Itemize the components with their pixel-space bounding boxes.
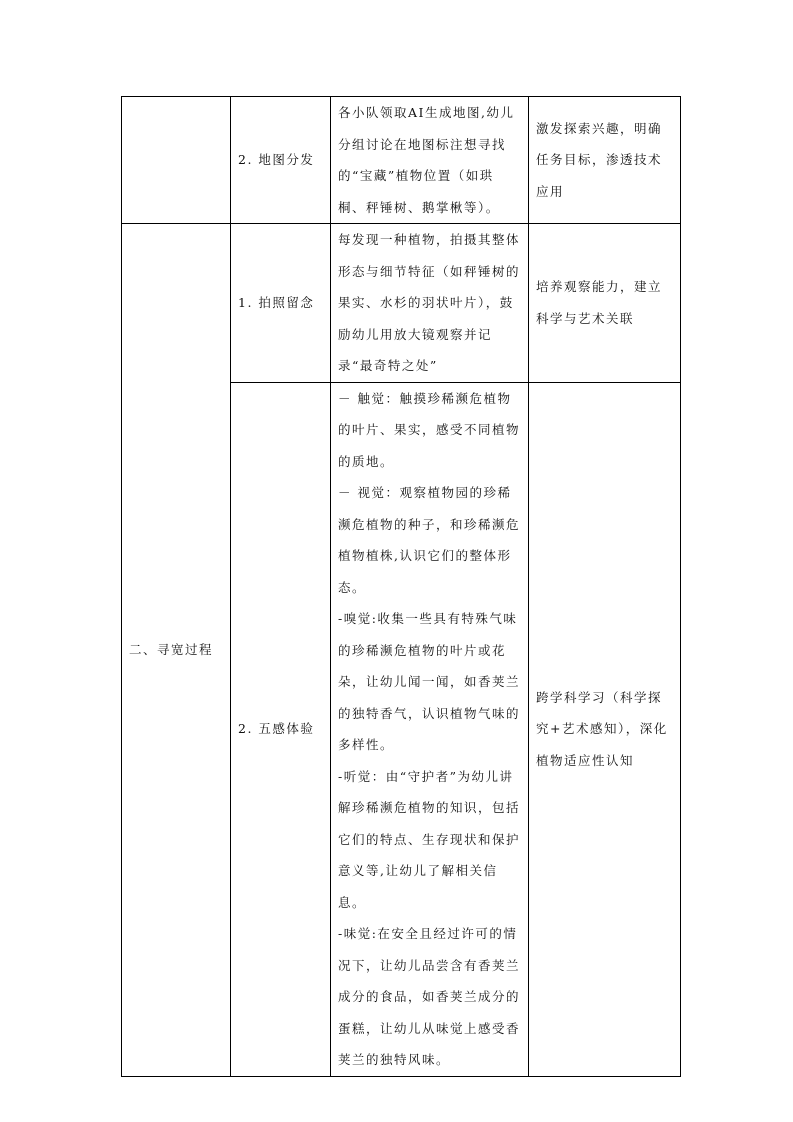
step-cell: 2. 地图分发 [231,97,331,224]
sense-smell: -嗅觉:收集一些具有特殊气味的珍稀濒危植物的叶片或花朵，让幼儿闻一闻，如香荚兰的… [338,603,521,761]
stage-cell [122,97,231,224]
goal-cell: 培养观察能力，建立科学与艺术关联 [529,224,681,383]
sense-taste: -味觉:在安全且经过许可的情况下，让幼儿品尝含有香荚兰成分的食品，如香荚兰成分的… [338,918,521,1076]
goal-cell: 跨学科学习（科学探究+艺术感知），深化植物适应性认知 [529,382,681,1076]
table-row: 2. 地图分发 各小队领取AI生成地图,幼儿分组讨论在地图标注想寻找的“宝藏”植… [122,97,681,224]
content-cell: 各小队领取AI生成地图,幼儿分组讨论在地图标注想寻找的“宝藏”植物位置（如珙桐、… [331,97,529,224]
step-cell: 2. 五感体验 [231,382,331,1076]
content-cell: 每发现一种植物，拍摄其整体形态与细节特征（如秤锤树的果实、水杉的羽状叶片），鼓励… [331,224,529,383]
table-row: 二、寻宽过程 1. 拍照留念 每发现一种植物，拍摄其整体形态与细节特征（如秤锤树… [122,224,681,383]
step-cell: 1. 拍照留念 [231,224,331,383]
activity-plan-table: 2. 地图分发 各小队领取AI生成地图,幼儿分组讨论在地图标注想寻找的“宝藏”植… [121,96,681,1077]
content-cell: － 触觉：触摸珍稀濒危植物的叶片、果实，感受不同植物的质地。 － 视觉：观察植物… [331,382,529,1076]
sense-hearing: -听觉：由“守护者”为幼儿讲解珍稀濒危植物的知识，包括它们的特点、生存现状和保护… [338,761,521,919]
sense-touch: － 触觉：触摸珍稀濒危植物的叶片、果实，感受不同植物的质地。 [338,383,521,478]
goal-cell: 激发探索兴趣，明确任务目标，渗透技术应用 [529,97,681,224]
sense-sight: － 视觉：观察植物园的珍稀濒危植物的种子，和珍稀濒危植物植株,认识它们的整体形态… [338,477,521,603]
stage-cell: 二、寻宽过程 [122,224,231,1077]
document-page: 2. 地图分发 各小队领取AI生成地图,幼儿分组讨论在地图标注想寻找的“宝藏”植… [121,96,680,1077]
